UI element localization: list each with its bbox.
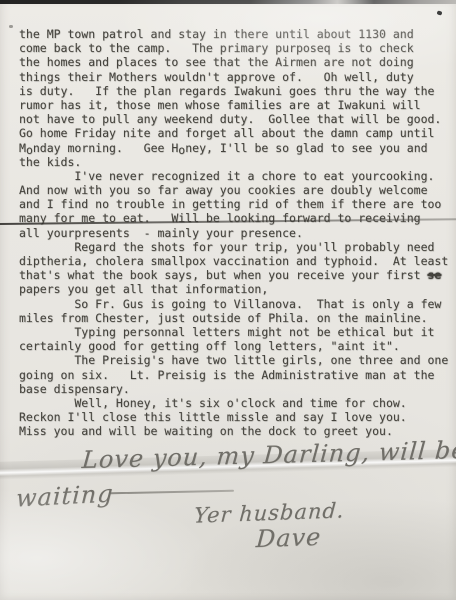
typed-text: The Preisig's have two little girls, one… <box>19 353 448 367</box>
handwritten-signoff: Yer husband. <box>193 498 345 527</box>
typed-text: things their Mothers wouldn't approve of… <box>19 70 414 84</box>
typed-text: going on six. Lt. Preisig is the Adminis… <box>19 368 434 382</box>
typed-text: diptheria, cholera smallpox vaccination … <box>19 254 448 268</box>
typed-text: and I find no trouble in getting rid of … <box>19 197 441 211</box>
typed-line: things their Mothers wouldn't approve of… <box>19 70 455 84</box>
typed-text: Miss you and will be waiting on the dock… <box>19 424 393 438</box>
typed-line: that's what the book says, but when you … <box>19 268 455 282</box>
typed-letter-body: the MP town patrol and stay in there unt… <box>19 27 455 438</box>
typed-text: papers you get all that information, <box>19 282 268 296</box>
typed-line: the MP town patrol and stay in there unt… <box>19 27 455 41</box>
typed-text: base dispensary. <box>19 382 130 396</box>
pen-dash-stroke <box>110 490 234 495</box>
ink-speck-top-right <box>436 10 442 15</box>
typed-text: Reckon I'll close this little missle and… <box>19 410 407 424</box>
typed-text: Go home Friday nite and forget all about… <box>19 126 434 140</box>
letter-page: the MP town patrol and stay in there unt… <box>0 0 456 600</box>
typed-text: rumor has it, those men whose families a… <box>19 98 421 112</box>
typed-line: miles from Chester, just outside of Phil… <box>19 311 455 325</box>
typed-line: So Fr. Gus is going to Villanova. That i… <box>19 297 455 311</box>
typed-text: M <box>19 141 26 155</box>
typed-text: So Fr. Gus is going to Villanova. That i… <box>19 297 441 311</box>
typed-line: Miss you and will be waiting on the dock… <box>19 424 455 438</box>
typed-text: come back to the camp. The primary purpo… <box>19 41 414 55</box>
typed-line: Typing personnal letters might not be et… <box>19 325 455 339</box>
typed-line: the kids. <box>19 155 455 169</box>
typed-text: certainly good for getting off long lett… <box>19 339 400 353</box>
typed-line: Go home Friday nite and forget all about… <box>19 126 455 140</box>
typed-line: Well, Honey, it's six o'clock and time f… <box>19 396 455 410</box>
typed-line: not have to pull any weekend duty. Golle… <box>19 112 455 126</box>
typed-text: not have to pull any weekend duty. Golle… <box>19 112 441 126</box>
typed-line: Reckon I'll close this little missle and… <box>19 410 455 424</box>
typed-text: all yourpresents - mainly your presence. <box>19 226 303 240</box>
typed-line: going on six. Lt. Preisig is the Adminis… <box>19 368 455 382</box>
typed-line: And now with you so far away you cookies… <box>19 183 455 197</box>
typed-text: I've never recognized it a chore to eat … <box>19 169 434 183</box>
paper-speck <box>9 25 13 28</box>
typed-line: the homes and places to see that the Air… <box>19 55 455 69</box>
dropped-letter: o <box>26 143 33 157</box>
typed-text: that's what the book says, but when you … <box>19 268 428 282</box>
scan-top-edge <box>0 0 456 4</box>
typed-line: The Preisig's have two little girls, one… <box>19 353 455 367</box>
typed-line: papers you get all that information, <box>19 282 455 296</box>
typed-line: Regard the shots for your trip, you'll p… <box>19 240 455 254</box>
typed-text: ney, I'll be so glad to see you and <box>185 141 427 155</box>
struck-text: se <box>428 268 442 282</box>
typed-line: I've never recognized it a chore to eat … <box>19 169 455 183</box>
typed-line: come back to the camp. The primary purpo… <box>19 41 455 55</box>
typed-text: Typing personnal letters might not be et… <box>19 325 434 339</box>
typed-line: certainly good for getting off long lett… <box>19 339 455 353</box>
typed-line: and I find no trouble in getting rid of … <box>19 197 455 211</box>
typed-line: Monday morning. Gee Honey, I'll be so gl… <box>19 141 455 155</box>
dropped-letter: o <box>178 143 185 157</box>
handwritten-signature: Dave <box>255 523 322 553</box>
typed-text: Regard the shots for your trip, you'll p… <box>19 240 434 254</box>
typed-text: nday morning. Gee H <box>33 141 178 155</box>
typed-line: rumor has it, those men whose families a… <box>19 98 455 112</box>
typed-text: is duty. If the plan regards Iwakuni goe… <box>19 84 434 98</box>
typed-line: all yourpresents - mainly your presence. <box>19 226 455 240</box>
typed-text: miles from Chester, just outside of Phil… <box>19 311 428 325</box>
typed-text: the MP town patrol and stay in there unt… <box>19 27 414 41</box>
handwritten-waiting: waiting <box>15 479 114 512</box>
typed-text: Well, Honey, it's six o'clock and time f… <box>19 396 407 410</box>
typed-text: And now with you so far away you cookies… <box>19 183 428 197</box>
typed-line: base dispensary. <box>19 382 455 396</box>
typed-line: is duty. If the plan regards Iwakuni goe… <box>19 84 455 98</box>
typed-line: diptheria, cholera smallpox vaccination … <box>19 254 455 268</box>
typed-text: the homes and places to see that the Air… <box>19 55 414 69</box>
